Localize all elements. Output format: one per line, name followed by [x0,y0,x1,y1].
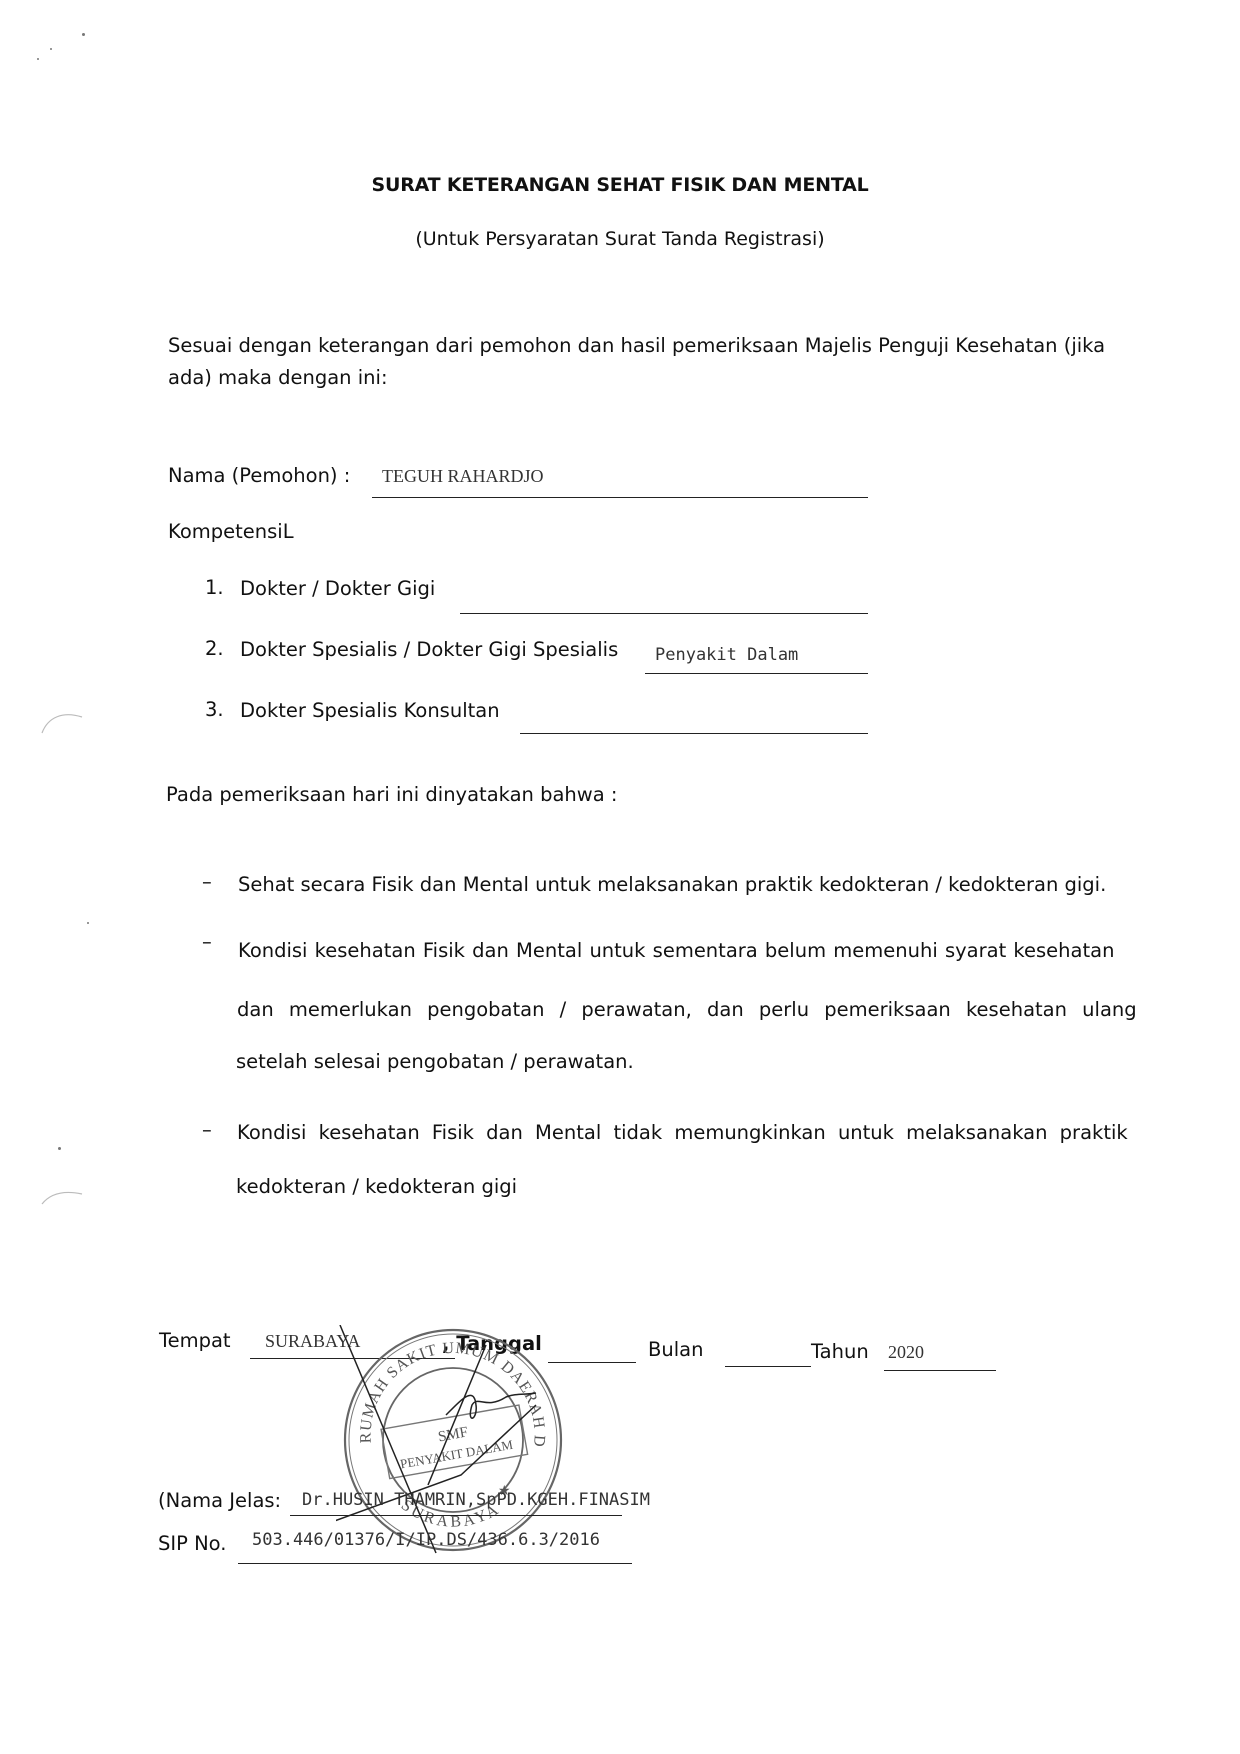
competence-item-2-number: 2. [205,637,224,660]
doctor-name-label: (Nama Jelas: [158,1489,281,1512]
scan-speck [50,48,52,50]
statement-3-dash: – [202,1118,212,1141]
applicant-name-line [372,497,868,498]
competence-item-1-label: Dokter / Dokter Gigi [240,577,435,600]
sip-label: SIP No. [158,1532,226,1555]
month-label: Bulan [648,1338,703,1361]
month-line [725,1366,811,1367]
statement-1-dash: – [202,870,212,893]
statement-2-line-2: dan memerlukan pengobatan / perawatan, d… [237,998,1137,1021]
doctor-name-value: Dr.HUSIN THAMRIN,SpPD.KGEH.FINASIM [302,1490,650,1510]
competence-item-3-number: 3. [205,698,224,721]
scan-speck [37,58,39,60]
statement-2-dash: – [202,930,212,953]
hospital-stamp: RUMAH SAKIT UMUM DAERAH Dr. SOETOMO SURA… [336,1325,571,1555]
scan-speck [82,33,85,36]
statement-2-line-3: setelah selesai pengobatan / perawatan. [236,1050,634,1073]
applicant-label: Nama (Pemohon) : [168,464,350,487]
statement-2-line-1: Kondisi kesehatan Fisik dan Mental untuk… [238,939,1114,962]
competence-item-3-label: Dokter Spesialis Konsultan [240,699,500,722]
statement-intro: Pada pemeriksaan hari ini dinyatakan bah… [166,783,617,806]
scan-speck [87,922,89,924]
year-value: 2020 [888,1342,924,1363]
year-label: Tahun [811,1340,869,1363]
competence-item-3-line [520,733,868,734]
document-title: SURAT KETERANGAN SEHAT FISIK DAN MENTAL [0,174,1240,196]
competence-item-1-line [460,613,868,614]
document-subtitle: (Untuk Persyaratan Surat Tanda Registras… [0,228,1240,250]
sip-line [238,1563,632,1564]
competence-item-1-number: 1. [205,576,224,599]
intro-paragraph: Sesuai dengan keterangan dari pemohon da… [168,330,1148,394]
doctor-name-line [290,1515,622,1516]
statement-1-line-1: Sehat secara Fisik dan Mental untuk mela… [238,873,1106,896]
competence-item-2-value: Penyakit Dalam [655,645,798,665]
punch-hole-mark [38,1180,88,1210]
scan-speck [58,1147,61,1150]
sip-value: 503.446/01376/I/IP.DS/436.6.3/2016 [252,1530,600,1550]
competence-item-2-label: Dokter Spesialis / Dokter Gigi Spesialis [240,638,618,661]
punch-hole-mark [38,705,88,735]
statement-3-line-2: kedokteran / kedokteran gigi [236,1175,517,1198]
stamp-inner-line-1: SMF [437,1424,469,1445]
year-line [884,1370,996,1371]
competence-item-2-line [645,673,868,674]
place-label: Tempat [159,1329,231,1352]
applicant-name-value: TEGUH RAHARDJO [382,466,544,487]
statement-3-line-1: Kondisi kesehatan Fisik dan Mental tidak… [237,1121,1128,1144]
competence-label: KompetensiL [168,520,294,543]
